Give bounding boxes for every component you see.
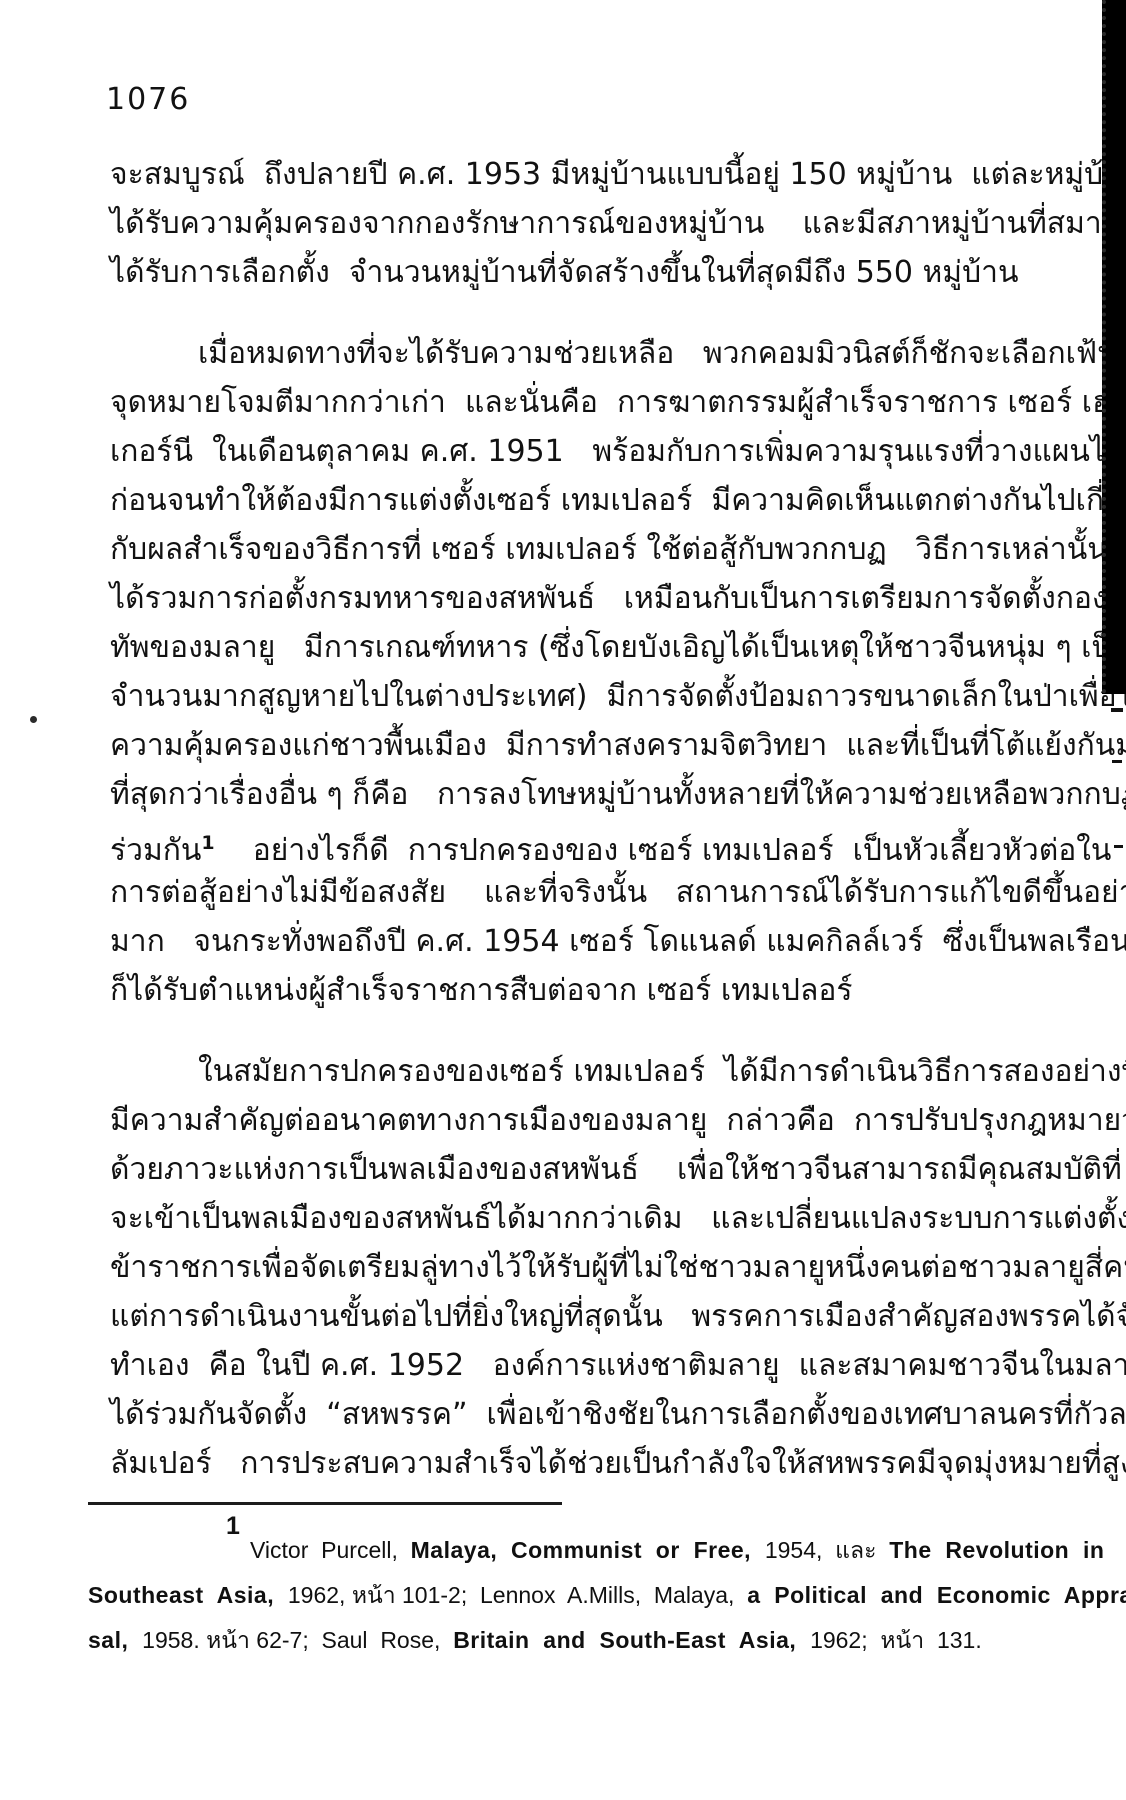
footnote-text: Victor Purcell, [250, 1537, 411, 1563]
footnote-book-title: Malaya, Communist or Free, [411, 1537, 765, 1563]
text-line: ได้ร่วมกันจัดตั้ง “สหพรรค” เพื่อเข้าชิงช… [110, 1390, 1050, 1439]
scan-artifact-dot [30, 716, 37, 723]
footnote: Victor Purcell, Malaya, Communist or Fre… [88, 1528, 1048, 1663]
text-line: ในสมัยการปกครองของเซอร์ เทมเปลอร์ ได้มีก… [110, 1047, 1050, 1096]
text-line: ได้รับการเลือกตั้ง จำนวนหมู่บ้านที่จัดสร… [110, 248, 1050, 297]
footnote-line: sal, 1958. หน้า 62-7; Saul Rose, Britain… [88, 1618, 1048, 1663]
footnote-book-title: sal, [88, 1627, 142, 1653]
text-line: จุดหมายโจมตีมากกว่าเก่า และนั่นคือ การฆา… [110, 378, 1050, 427]
footnote-book-title: Southeast Asia, [88, 1582, 288, 1608]
footnote-text: Lennox A.Mills, Malaya, [480, 1582, 747, 1608]
text-line: ได้รวมการก่อตั้งกรมทหารของสหพันธ์ เหมือน… [110, 574, 1050, 623]
text-line: มาก จนกระทั่งพอถึงปี ค.ศ. 1954 เซอร์ โดแ… [110, 917, 1050, 966]
text-line-with-footnote-ref: ร่วมกัน1 อย่างไรก็ดี การปกครองของ เซอร์ … [110, 819, 1050, 868]
text-line: จำนวนมากสูญหายไปในต่างประเทศ) มีการจัดตั… [110, 672, 1050, 721]
footnote-book-title: a Political and Economic Apprai- [747, 1582, 1126, 1608]
text-line: ทำเอง คือ ในปี ค.ศ. 1952 องค์การแห่งชาติ… [110, 1341, 1050, 1390]
text-line: การต่อสู้อย่างไม่มีข้อสงสัย และที่จริงนั… [110, 868, 1050, 917]
text-line: ที่สุดกว่าเรื่องอื่น ๆ ก็คือ การลงโทษหมู… [110, 770, 1050, 819]
scan-artifact-mark [1111, 708, 1123, 712]
paragraph: ในสมัยการปกครองของเซอร์ เทมเปลอร์ ได้มีก… [110, 1047, 1050, 1488]
text-line: ด้วยภาวะแห่งการเป็นพลเมืองของสหพันธ์ เพื… [110, 1145, 1050, 1194]
text-line: ความคุ้มครองแก่ชาวพื้นเมือง มีการทำสงครา… [110, 721, 1050, 770]
scan-artifact-mark [1112, 760, 1122, 763]
text-line: จะสมบูรณ์ ถึงปลายปี ค.ศ. 1953 มีหมู่บ้าน… [110, 150, 1050, 199]
footnote-line: Victor Purcell, Malaya, Communist or Fre… [88, 1528, 1048, 1573]
text-line: เมื่อหมดทางที่จะได้รับความช่วยเหลือ พวกค… [110, 329, 1050, 378]
footnote-text: Saul Rose, [322, 1627, 454, 1653]
footnote-book-title: The Revolution in [889, 1537, 1104, 1563]
scanned-book-page: 1076 จะสมบูรณ์ ถึงปลายปี ค.ศ. 1953 มีหมู… [0, 0, 1126, 1800]
text-line: ได้รับความคุ้มครองจากกองรักษาการณ์ของหมู… [110, 199, 1050, 248]
text-line: ทัพของมลายู มีการเกณฑ์ทหาร (ซึ่งโดยบังเอ… [110, 623, 1050, 672]
footnote-text: 1954, และ [765, 1537, 889, 1563]
text-segment: ร่วมกัน [110, 833, 201, 868]
paragraph: เมื่อหมดทางที่จะได้รับความช่วยเหลือ พวกค… [110, 329, 1050, 1015]
text-segment: อย่างไรก็ดี การปกครองของ เซอร์ เทมเปลอร์… [215, 833, 1112, 868]
page-number: 1076 [106, 82, 190, 117]
text-line: เกอร์นี ในเดือนตุลาคม ค.ศ. 1951 พร้อมกับ… [110, 427, 1050, 476]
text-line: มีความสำคัญต่ออนาคตทางการเมืองของมลายู ก… [110, 1096, 1050, 1145]
footnote-separator [88, 1502, 562, 1505]
footnote-text: 1962; หน้า 131. [810, 1627, 982, 1653]
text-line: กับผลสำเร็จของวิธีการที่ เซอร์ เทมเปลอร์… [110, 525, 1050, 574]
footnote-text: 1962, หน้า 101-2; [288, 1582, 480, 1608]
footnote-line: Southeast Asia, 1962, หน้า 101-2; Lennox… [88, 1573, 1048, 1618]
text-line: ก่อนจนทำให้ต้องมีการแต่งตั้งเซอร์ เทมเปล… [110, 476, 1050, 525]
text-line: จะเข้าเป็นพลเมืองของสหพันธ์ได้มากกว่าเดิ… [110, 1194, 1050, 1243]
footnote-text: 1958. หน้า 62-7; [142, 1627, 321, 1653]
paragraph: จะสมบูรณ์ ถึงปลายปี ค.ศ. 1953 มีหมู่บ้าน… [110, 150, 1050, 297]
body-text: จะสมบูรณ์ ถึงปลายปี ค.ศ. 1953 มีหมู่บ้าน… [110, 150, 1050, 1488]
text-line: ลัมเปอร์ การประสบความสำเร็จได้ช่วยเป็นกำ… [110, 1439, 1050, 1488]
scan-artifact-mark [1114, 845, 1123, 848]
scan-artifact-binding-strip [1102, 0, 1126, 694]
text-line: แต่การดำเนินงานขั้นต่อไปที่ยิ่งใหญ่ที่สุ… [110, 1292, 1050, 1341]
footnote-book-title: Britain and South-East Asia, [453, 1627, 810, 1653]
footnote-reference: 1 [201, 832, 214, 854]
text-line: ก็ได้รับตำแหน่งผู้สำเร็จราชการสืบต่อจาก … [110, 966, 1050, 1015]
text-line: ข้าราชการเพื่อจัดเตรียมลู่ทางไว้ให้รับผู… [110, 1243, 1050, 1292]
